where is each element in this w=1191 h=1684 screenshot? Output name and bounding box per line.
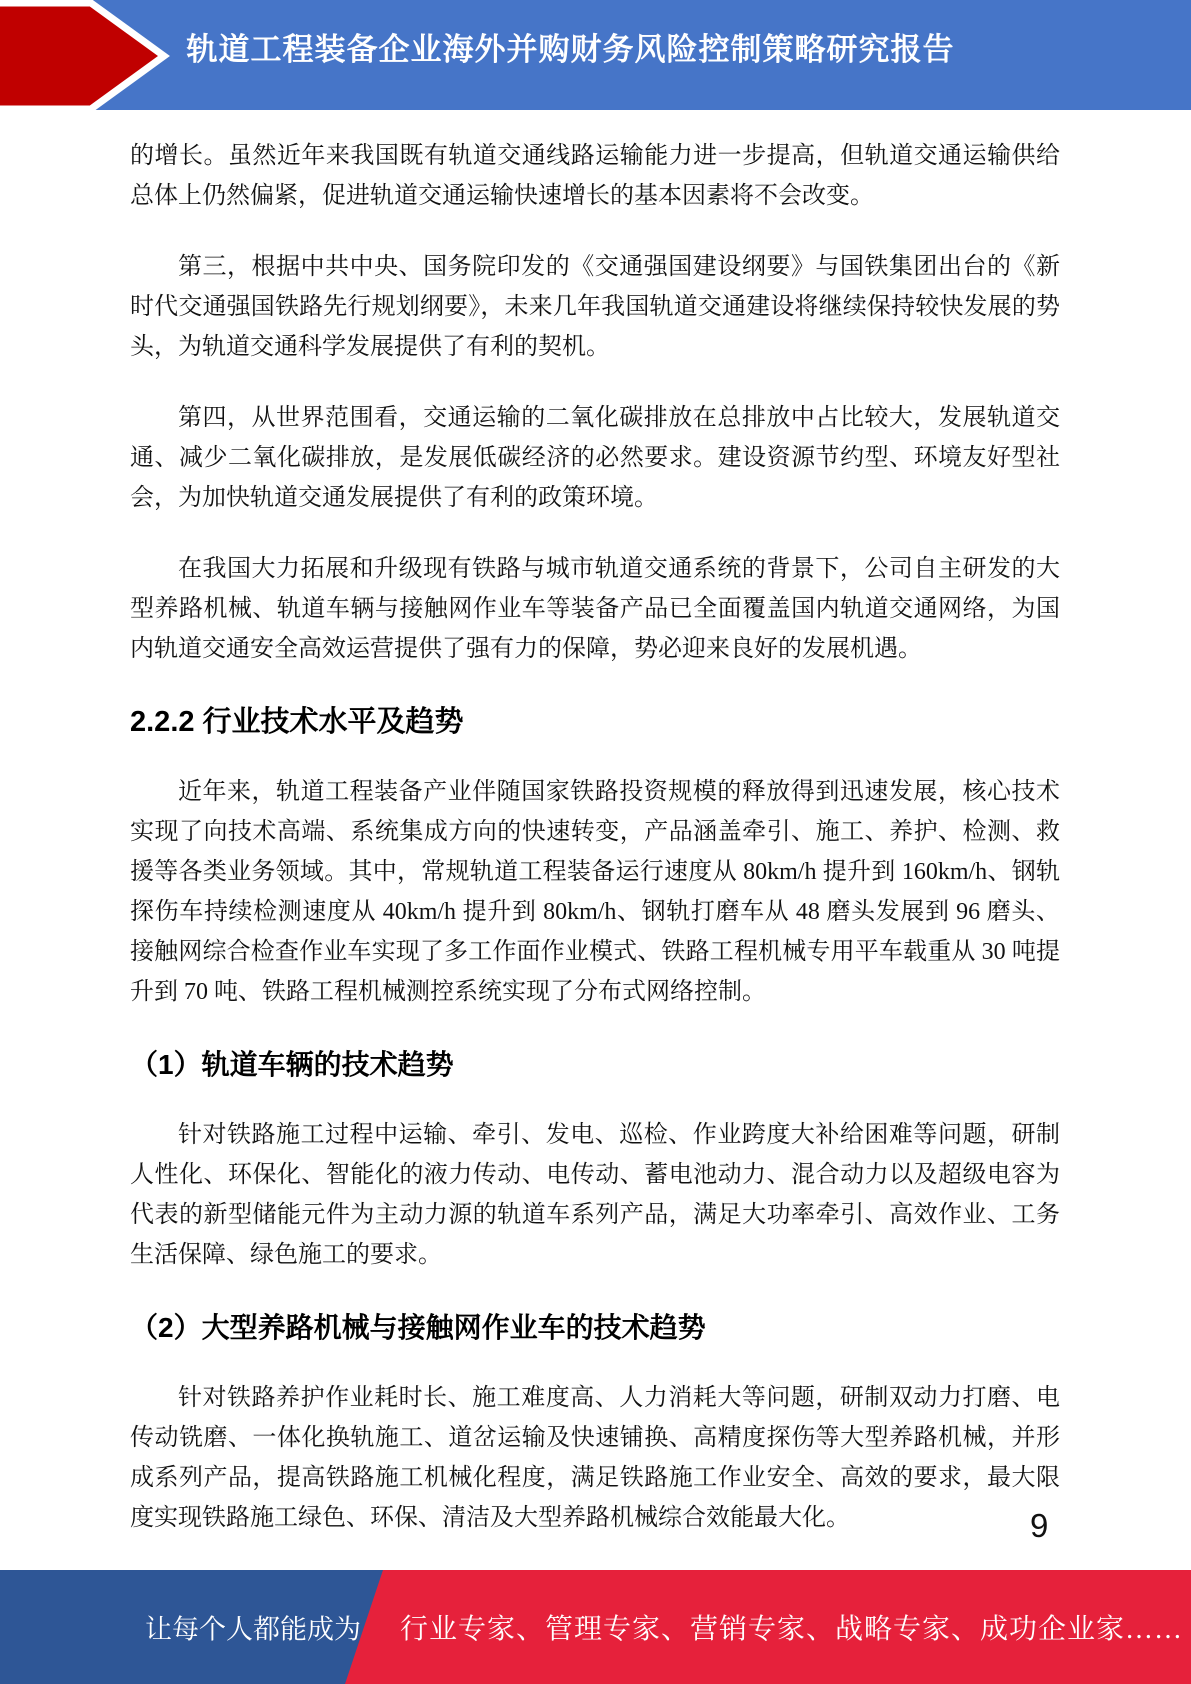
body-paragraph: 针对铁路养护作业耗时长、施工难度高、人力消耗大等问题，研制双动力打磨、电传动铣磨… [130, 1378, 1060, 1538]
header-banner: 轨道工程装备企业海外并购财务风险控制策略研究报告 [0, 0, 1191, 110]
body-paragraph: 第三，根据中共中央、国务院印发的《交通强国建设纲要》与国铁集团出台的《新时代交通… [130, 247, 1060, 367]
body-paragraph: 在我国大力拓展和升级现有铁路与城市轨道交通系统的背景下，公司自主研发的大型养路机… [130, 549, 1060, 669]
body-paragraph: 近年来，轨道工程装备产业伴随国家铁路投资规模的释放得到迅速发展，核心技术实现了向… [130, 772, 1060, 1012]
footer-slogan-left: 让每个人都能成为 [145, 1608, 361, 1647]
page-number: 9 [1030, 1506, 1048, 1546]
report-title: 轨道工程装备企业海外并购财务风险控制策略研究报告 [180, 0, 961, 92]
section-heading: 2.2.2 行业技术水平及趋势 [130, 700, 1060, 744]
page-body: 的增长。虽然近年来我国既有轨道交通线路运输能力进一步提高，但轨道交通运输供给总体… [0, 110, 1191, 1566]
body-paragraph: 的增长。虽然近年来我国既有轨道交通线路运输能力进一步提高，但轨道交通运输供给总体… [130, 136, 1060, 216]
subsection-heading-1: （1）轨道车辆的技术趋势 [130, 1043, 1060, 1087]
body-paragraph: 针对铁路施工过程中运输、牵引、发电、巡检、作业跨度大补给困难等问题，研制人性化、… [130, 1115, 1060, 1275]
footer-slogan-right: 行业专家、管理专家、营销专家、战略专家、成功企业家…… [400, 1607, 1183, 1647]
subsection-heading-2: （2）大型养路机械与接触网作业车的技术趋势 [130, 1306, 1060, 1350]
body-paragraph: 第四，从世界范围看，交通运输的二氧化碳排放在总排放中占比较大，发展轨道交通、减少… [130, 398, 1060, 518]
header-chevron-icon [0, 0, 180, 112]
footer: 让每个人都能成为 行业专家、管理专家、营销专家、战略专家、成功企业家…… [0, 1570, 1191, 1684]
